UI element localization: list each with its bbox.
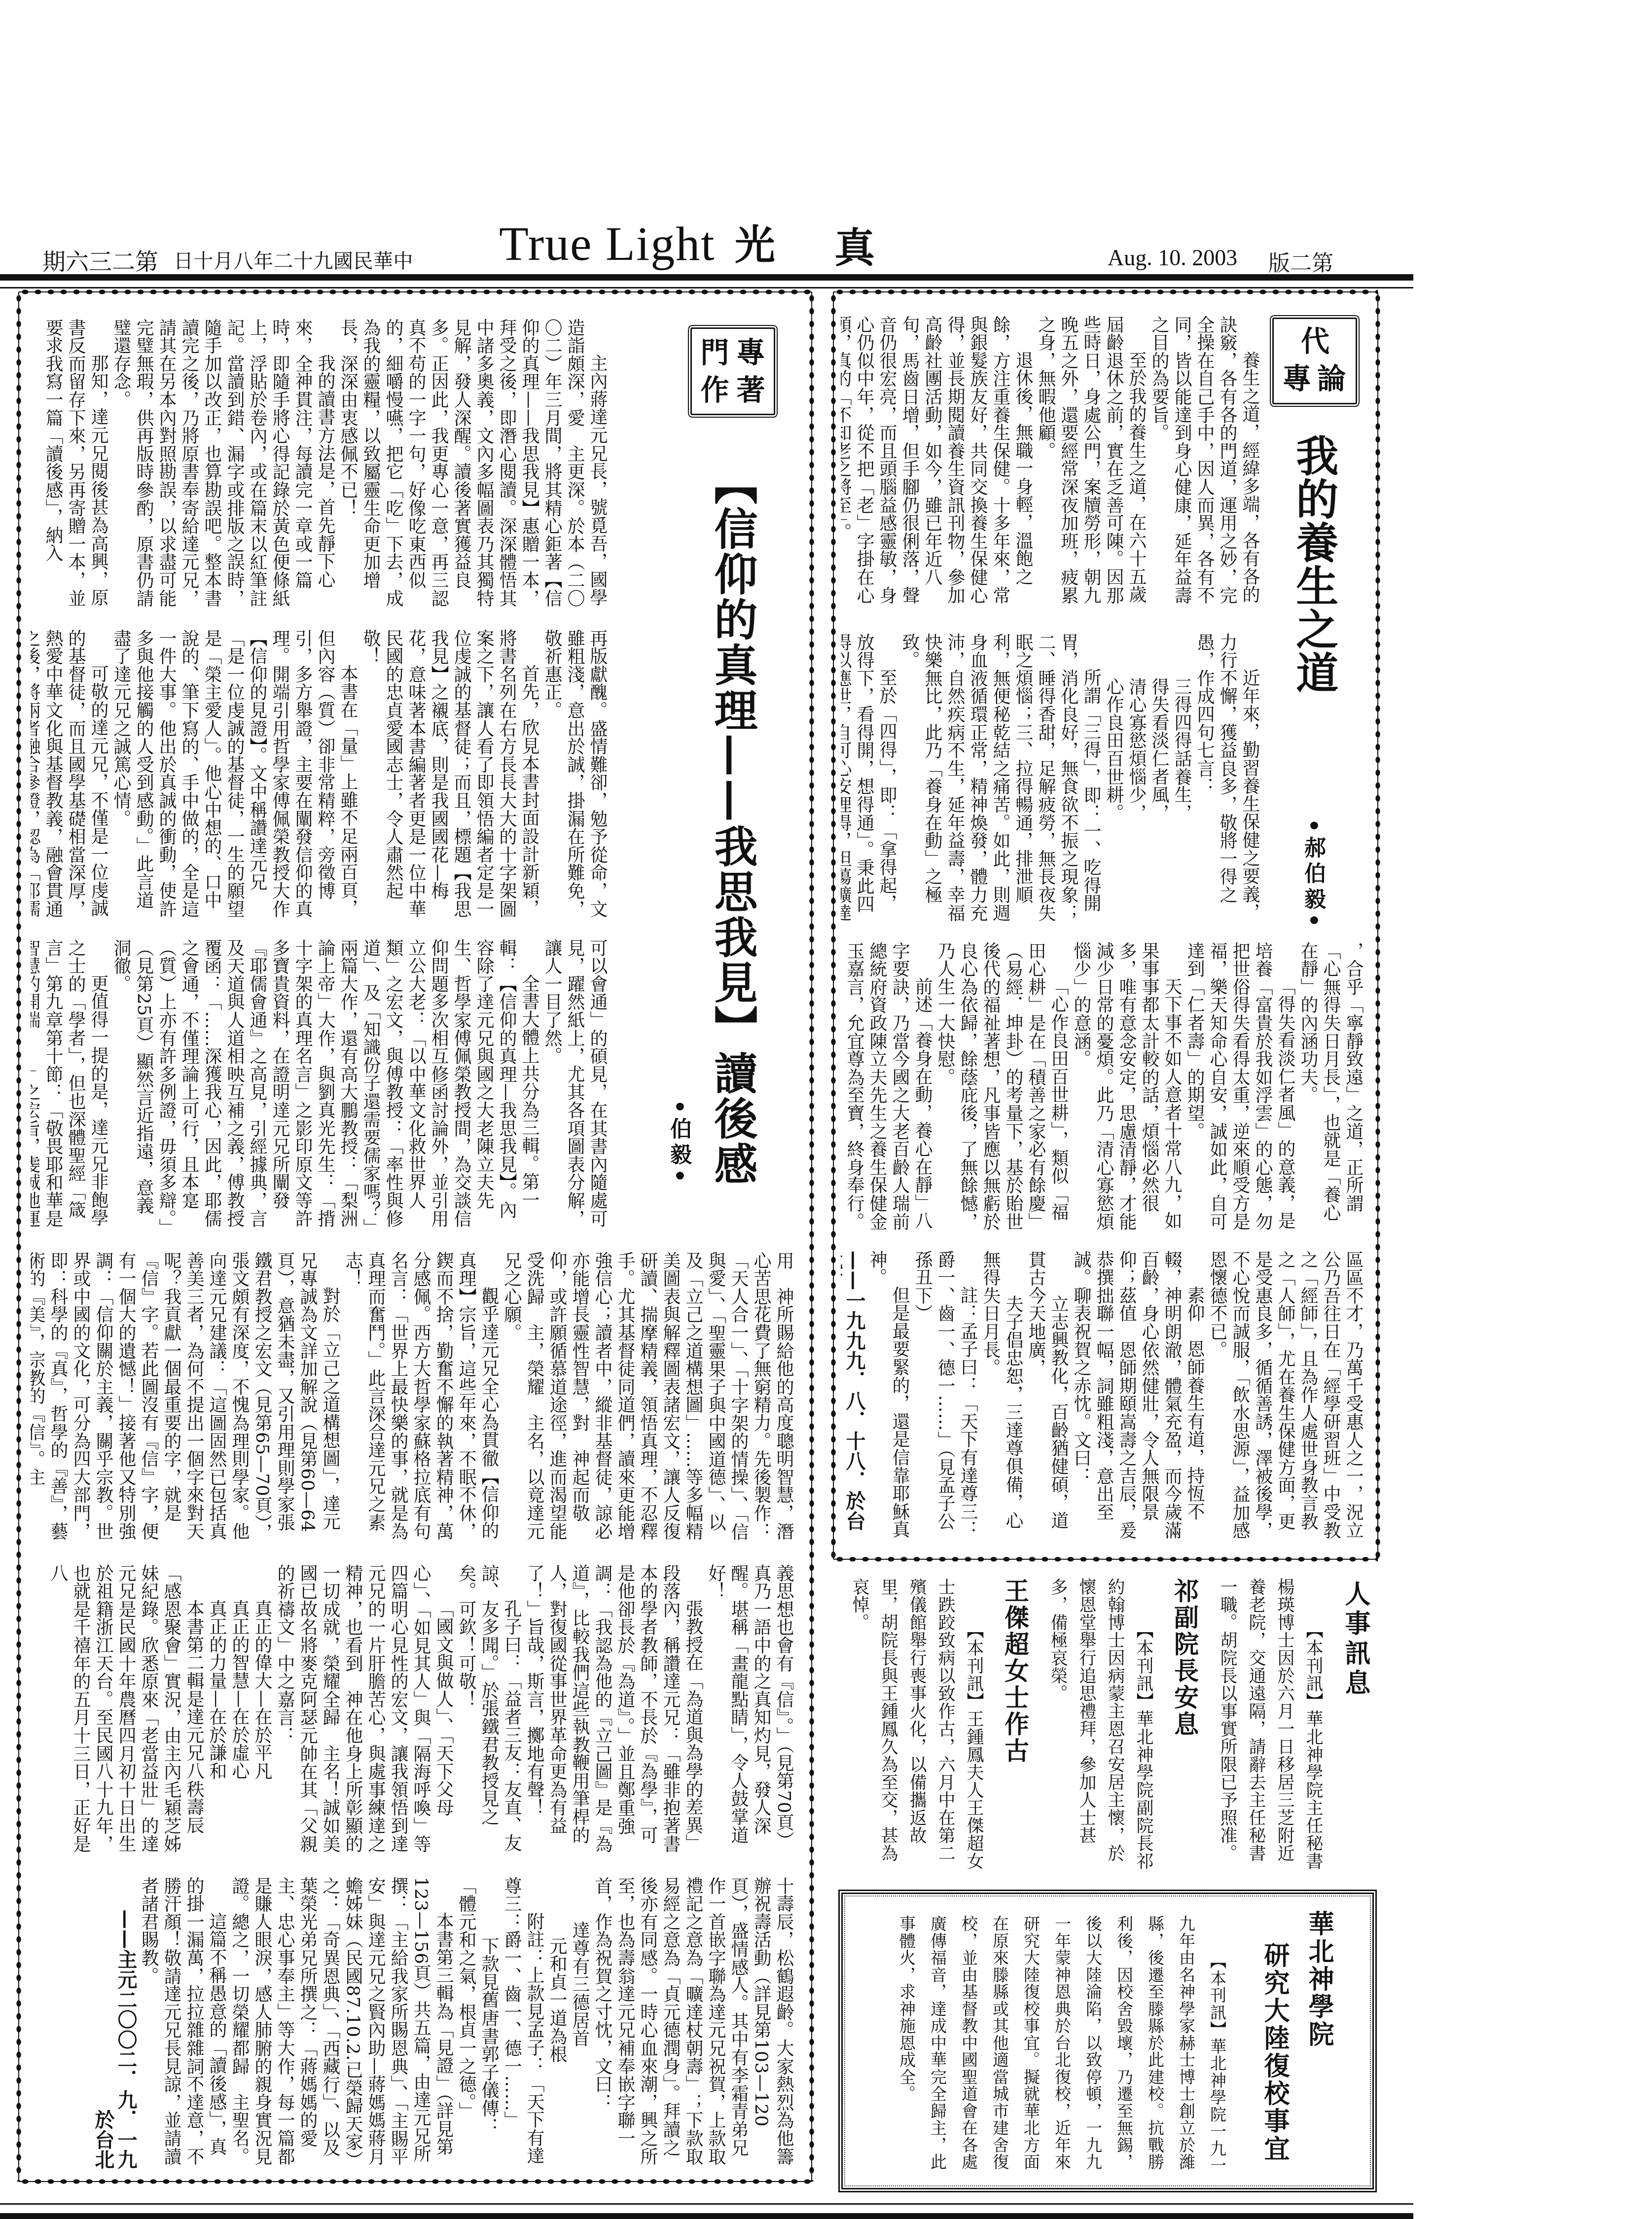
- personnel-news-body: 【本刊訊】華北神學院主任秘書楊瑛博士因於六月一日移居三芝附近養老院，交通遠隔，請…: [833, 1578, 1328, 1876]
- masthead-char-zhen: 真: [834, 228, 875, 268]
- news-item-body: 【本刊訊】華北神學院一九一九年由名神學家赫士博士創立於濰縣，後遷至滕縣於此建校。…: [891, 1915, 1233, 2176]
- masthead-english: True Light: [499, 220, 715, 268]
- left-article-tier-6: 十壽辰，松鶴遐齡。大家熱烈為他籌辦祝壽活動（詳見第103—120頁），盛情感人。…: [31, 1877, 795, 2170]
- paragraph: 素仰 恩師養生有道，持恆不輟，神明朗澈，體氣充盈，而今歲滿百齡，身心依然健壯，令…: [1070, 1251, 1206, 1543]
- news-item-headline: 王傑超女士作古: [999, 1578, 1031, 1876]
- roc-date: 日十月八年二十九國民華中: [174, 246, 413, 274]
- right-article-tier-1: 養生之道，經緯多端，各有各的訣竅，各有各的門道，運用之妙，完全操在自己手中，因人…: [841, 316, 1261, 608]
- label-char: 專: [1283, 364, 1311, 393]
- news-item-headline: 祁副院長安息: [1169, 1578, 1200, 1876]
- paragraph: 那知，達元兄閱後甚為高興，原書反而留存下來，另再寄贈一本，並要求我寫一篇「讀後感…: [41, 319, 109, 611]
- paragraph: 但是最要緊的，還是信靠耶穌真神。: [865, 1251, 911, 1543]
- label-char: 作: [701, 376, 729, 404]
- footer-thin-rule: [0, 2203, 1413, 2205]
- poem-line: 清心寡慾煩惱少，: [1125, 633, 1148, 926]
- paragraph: 至於我的養生之道，在六十五歲屆齡退休之前，實在乏善可陳。因那些時日，身處公門，案…: [1034, 316, 1148, 608]
- frame-border-top: [19, 289, 812, 295]
- paragraph: 孔子曰：「益者三友：友直、友諒、友多聞。」於張鐵君教授見之矣。可欽！可敬！: [455, 1564, 523, 1857]
- couplet-line: 夫子倡忠恕，三達尊俱備，心無得失日月長。: [979, 1251, 1024, 1543]
- paragraph: 用 神所賜給他的高度聰明智慧，潛心苦思花費了無窮精力。先後製作：「天人合一」、「…: [500, 1252, 795, 1544]
- paragraph: 這篇不稱愚意的「讀後感」，真的掛一漏萬，拉拉雜雜詞不達意，不勝汗顏！敬請達元兄長…: [137, 1877, 228, 2170]
- seminary-news-heading-2: 研究大陸復校事宜: [1261, 1942, 1287, 2163]
- left-article-tier-4: 用 神所賜給他的高度聰明智慧，潛心苦思花費了無窮精力。先後製作：「天人合一」、「…: [31, 1252, 795, 1544]
- header-thick-rule: [0, 274, 1413, 281]
- left-article-tier-3: 可以會通」的碩見，在其書內隨處可見，躍然紙上，尤其各項圖表分解，讓人一目了然。 …: [31, 939, 609, 1232]
- paragraph: 首先，欣見本書封面設計新穎，將書名列在右方長長大大的十字架圖案之下，讓人看了即領…: [359, 629, 540, 922]
- right-article-author: •郝伯毅•: [1302, 819, 1324, 931]
- signature-date: ——主元二〇〇二．九．一九: [114, 1877, 137, 2170]
- personnel-news-heading: 人事訊息: [1342, 1580, 1368, 1699]
- left-article-tier-2: 再版獻醜。盛情難卻，勉予從命，文雖粗淺，意出於誠，掛漏在所難免，敬祈惠正。 首先…: [31, 629, 609, 922]
- right-article-tier-3: ，合乎「寧靜致遠」之道，正所謂「心無得失日月長」，也就是「養心在靜」的內涵功夫。…: [841, 942, 1365, 1235]
- paragraph: 觀乎達元兄全心為貫徹【信仰的真理】宗旨，這些年來，不眠不休，鍥而不捨，勤奮不懈的…: [341, 1252, 500, 1544]
- footnote: 下款見舊唐書郭子儀傳：「體元和之氣，根貞一之德。」: [455, 1877, 500, 2170]
- seminary-news-heading-1: 華北神學院: [1306, 1910, 1331, 2048]
- seminary-news-body: 【本刊訊】華北神學院一九一九年由名神學家赫士博士創立於濰縣，後遷至滕縣於此建校。…: [857, 1915, 1233, 2176]
- news-item-body: 【本刊訊】王鍾鳳夫人王傑超女士跌跤致病以致作古，六月中在第二殯儀館舉行喪事火化，…: [845, 1578, 988, 1876]
- frame-border-top: [833, 289, 1378, 295]
- paragraph: 「國文與做人」、「天下父母心」、「如見其人」與「隔海呼喚」等四篇明心見性的宏文，…: [273, 1564, 455, 1857]
- paragraph: 本書第三輯為「見證」（詳見第123—156頁）共五篇，由達元兄所撰：「主給我家所…: [228, 1877, 455, 2170]
- paragraph: 「得失看淡仁者風」的意義，是培養「富貴於我如浮雲」的心態，勿把世俗得失看得太重，…: [1183, 942, 1296, 1235]
- paragraph: 張教授在「為道與為學的差異」段落內，稱讚達元兄：「雖非抱著書本的學者教師，不長於…: [523, 1564, 704, 1857]
- left-article-title: 【信仰的真理——我思我見】讀後感: [710, 461, 755, 1187]
- quote-line: 真正的力量—在於謙和: [205, 1564, 228, 1857]
- footer-thick-rule: [0, 2213, 1413, 2219]
- label-char: 代: [1301, 327, 1329, 356]
- frame-border-left: [16, 292, 22, 2182]
- paragraph: 對於「立己之道構想圖」，達元兄專誠為文詳加解說（見第60—64頁），意猶未盡，又…: [31, 1252, 341, 1544]
- paragraph: 退休後，無職一身輕，溫飽之餘，方注重養生保健。十多年來，常與銀髮族友好，共同交換…: [841, 316, 1034, 608]
- paragraph: 本書在「量」上雖不足兩百頁，但內容（質）卻非常精粹，旁徵博引，多方舉證，主要在闡…: [109, 629, 359, 922]
- paragraph: 再版獻醜。盛情難卻，勉予從命，文雖粗淺，意出於誠，掛漏在所難免，敬祈惠正。: [540, 629, 609, 922]
- paragraph: 義思想也會有『信』。」（見第70頁）真乃一語中的之真知灼見，發人深醒。堪稱「畫龍…: [704, 1564, 795, 1857]
- left-article-author: •伯毅•: [668, 1100, 689, 1186]
- right-article-title: 我的養生之道: [1291, 434, 1335, 694]
- quote-line: 真正的偉大—在於平凡: [251, 1564, 273, 1857]
- paragraph: 區區不才，乃萬千受惠人之一，況立公乃吾往日在「經學研習班」中受教之「經師」，且為…: [1206, 1251, 1365, 1543]
- paragraph: 所謂「三得」，即：一、吃得開胃，消化良好，無食欲不振之現象；二、睡得香甜，足解疲…: [898, 633, 1102, 926]
- left-article-tier-1: 主內蔣達元兄長，號覓吾，國學造詣頗深，愛 主更深。於本（二〇〇二）年三月間，將其…: [31, 319, 609, 611]
- issue-number: 期六三二第: [42, 244, 158, 277]
- section-label-special-works: 專 門 著 作: [690, 327, 775, 415]
- section-label-guest-editorial: 代 專 論: [1272, 318, 1357, 404]
- couplet-line: 達尊有三德居首: [568, 1877, 591, 2170]
- frame-border-right: [809, 292, 815, 2182]
- paragraph: 「心作良田百世耕」，類似「福田心耕」是在「積善之家必有餘慶」（易經．坤卦）的考量…: [934, 942, 1070, 1235]
- paragraph: 養生之道，經緯多端，各有各的訣竅，各有各的門道，運用之妙，完全操在自己手中，因人…: [1148, 316, 1261, 608]
- frame-border-bottom: [833, 1556, 1378, 1562]
- paragraph: 可敬的達元兄，不僅是一位虔誠的基督徒，而且國學基礎相當深厚，熱愛中華文化與基督教…: [31, 629, 109, 922]
- signature-date: ——一九九九．八．十八．於台北市: [841, 1251, 865, 1543]
- label-char: 著: [737, 376, 765, 404]
- paragraph: 本書第二輯是達元兄八秩壽辰「感恩聚會」實況，由主內毛穎芝姊妹紀錄。欣悉原來「老當…: [46, 1564, 205, 1857]
- paragraph: 可以會通」的碩見，在其書內隨處可見，躍然紙上，尤其各項圖表分解，讓人一目了然。: [540, 939, 609, 1232]
- news-item-body: 【本刊訊】華北神學院主任秘書楊瑛博士因於六月一日移居三芝附近養老院，交通遠隔，請…: [1213, 1578, 1328, 1876]
- paragraph: 天下事不如人意者十常八九，如果事事都太計較的話，煩惱必然很多，唯有意念安定，思慮…: [1070, 942, 1183, 1235]
- masthead-char-guang: 光: [735, 225, 775, 265]
- footnote: 附註：上款見孟子：「天下有達尊三：爵一、齒一、德一……」: [500, 1877, 545, 2170]
- signature-place: 於台北: [92, 1877, 114, 2170]
- paragraph: 全書大體上共分為三輯。第一輯：【信仰的真理—我思我見】。內容除了達元兄與國之大老…: [109, 939, 540, 1232]
- quote-line: 真正的智慧—在於虛心: [228, 1564, 251, 1857]
- paragraph: 更值得一提的是，達元兄非飽學之士的「學者」，但也深體聖經「箴言」第九章第十節：「…: [31, 939, 109, 1232]
- paragraph: 十壽辰，松鶴遐齡。大家熱烈為他籌辦祝壽活動（詳見第103—120頁），盛情感人。…: [591, 1877, 795, 2170]
- poem-line: 三得四得話養生，: [1170, 633, 1193, 926]
- paragraph: 至於「四得」，即：「拿得起，放得下，看得開，想得通」。秉此四得以應世，自可心安理…: [841, 633, 898, 926]
- frame-border-bottom: [19, 2179, 812, 2184]
- page-number: 版二第: [1268, 246, 1333, 277]
- paragraph: ，合乎「寧靜致遠」之道，正所謂「心無得失日月長」，也就是「養心在靜」的內涵功夫。: [1296, 942, 1365, 1235]
- frame-border-left: [830, 292, 836, 1559]
- poem-line: 心作良田百世耕。: [1102, 633, 1125, 926]
- frame-border-right: [1375, 292, 1381, 1559]
- news-item-body: 【本刊訊】華北神學院副院長祁約翰博士因病蒙主恩召安居主懷，於懷恩堂舉行追思禮拜，…: [1043, 1578, 1158, 1876]
- couplet-line: 立志興教化，百齡猶健碩，道貫古今天地廣，: [1024, 1251, 1070, 1543]
- right-article-tier-2: 近年來，勤習養生保健之要義，力行不懈，獲益良多，敬將一得之愚，作成四句七言： 三…: [841, 633, 1261, 926]
- paragraph: 近年來，勤習養生保健之要義，力行不懈，獲益良多，敬將一得之愚，作成四句七言：: [1193, 633, 1261, 926]
- paragraph: 主內蔣達元兄長，號覓吾，國學造詣頗深，愛 主更深。於本（二〇〇二）年三月間，將其…: [336, 319, 609, 611]
- label-char: 專: [737, 338, 765, 367]
- english-date: Aug. 10. 2003: [1108, 247, 1237, 269]
- label-char: 論: [1317, 364, 1346, 393]
- header-thin-rule: [0, 287, 1413, 288]
- couplet-line: 元和貞一道為根: [545, 1877, 568, 2170]
- paragraph: 我的讀書方法是，首先靜下心來，全神貫注，每讀完一章或一篇時，即隨手將心得記錄於黃…: [109, 319, 336, 611]
- poem-line: 得失看淡仁者風，: [1148, 633, 1170, 926]
- footnote: 註：孟子曰：「天下有達尊三：爵一、齒一、德一……」（見孟子公孫丑下）: [911, 1251, 979, 1543]
- right-article-tier-4: 區區不才，乃萬千受惠人之一，況立公乃吾往日在「經學研習班」中受教之「經師」，且為…: [841, 1251, 1365, 1543]
- left-article-tier-5: 義思想也會有『信』。」（見第70頁）真乃一語中的之真知灼見，發人深醒。堪稱「畫龍…: [31, 1564, 795, 1857]
- paragraph: 前述「養身在動，養心在靜」八字要訣，乃當今國之大老百齡人瑞前總統府資政陳立夫先生…: [843, 942, 934, 1235]
- label-char: 門: [701, 338, 729, 367]
